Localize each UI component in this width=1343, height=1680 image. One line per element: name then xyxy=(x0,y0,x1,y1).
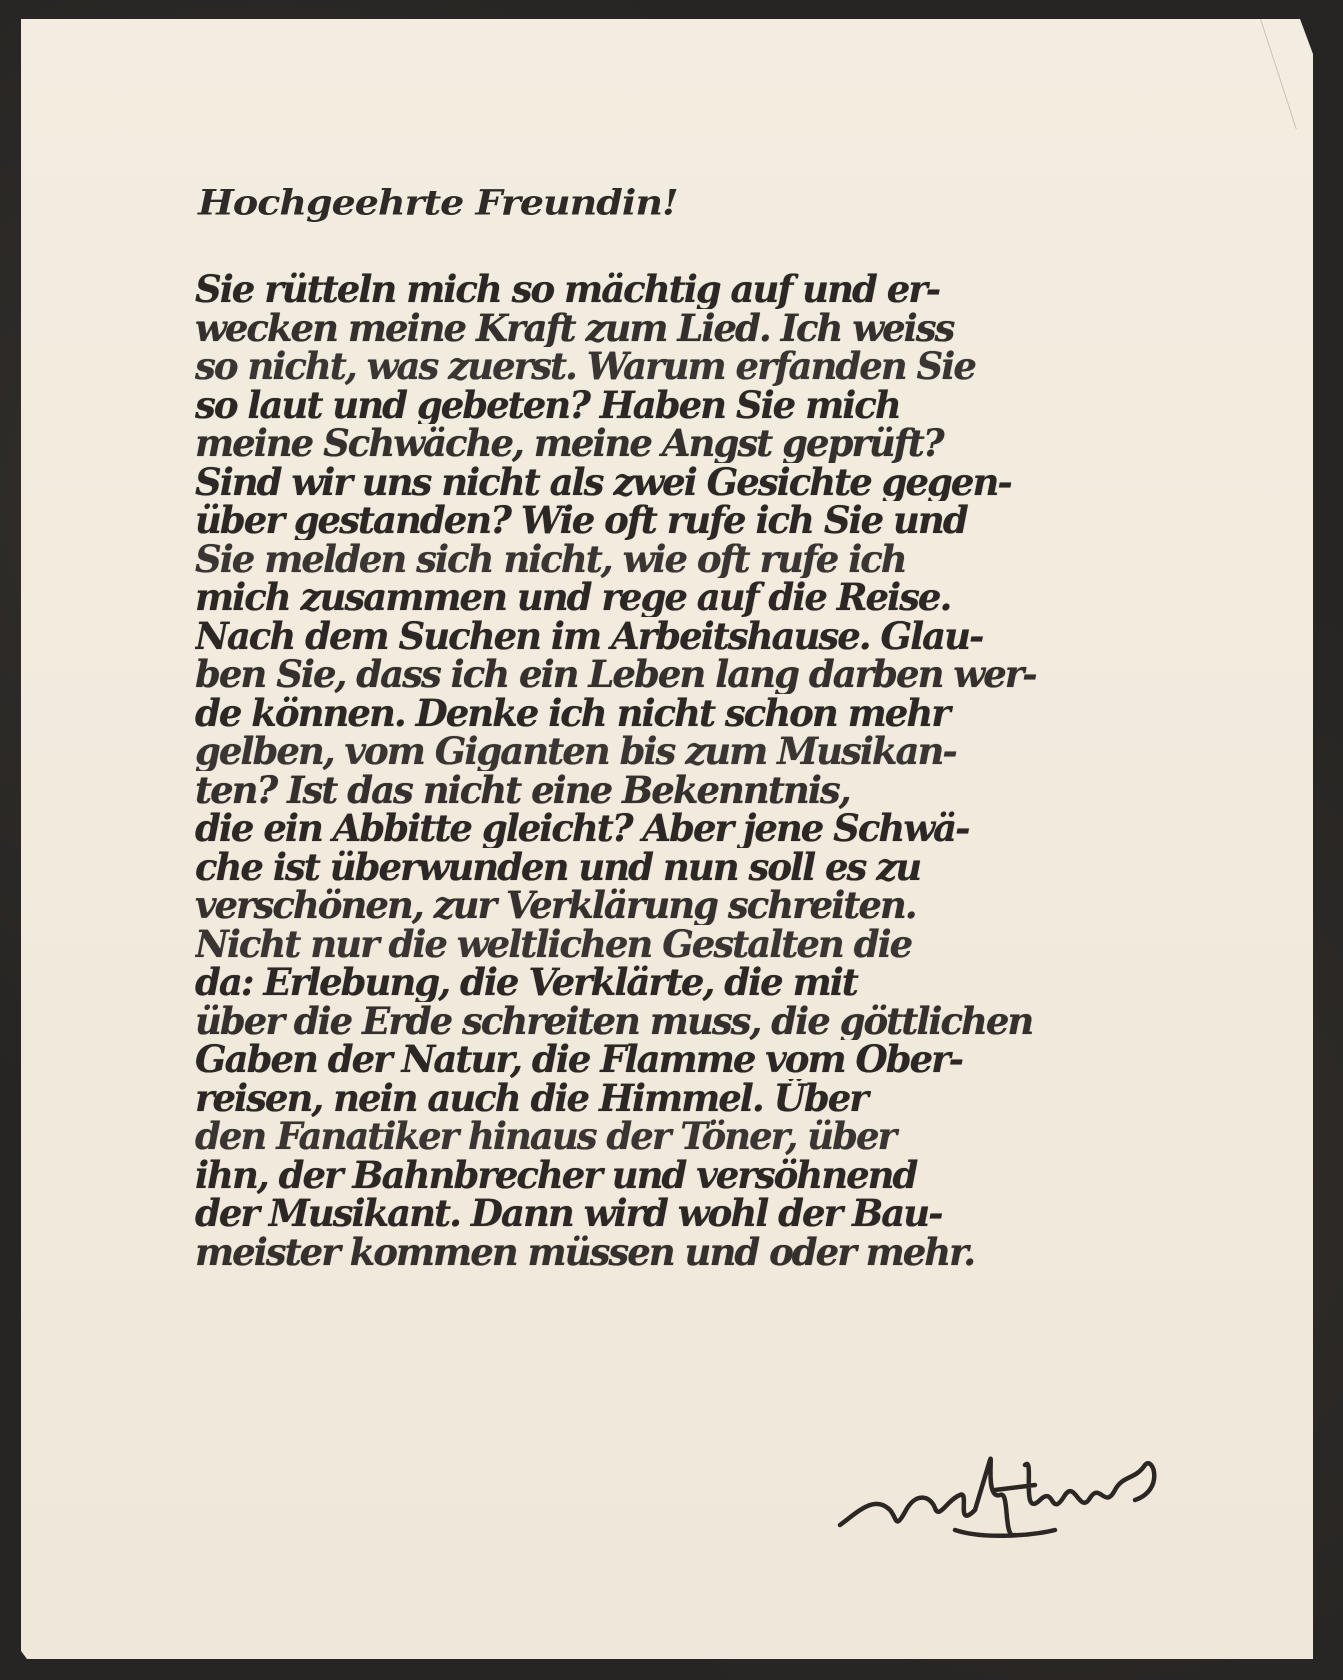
letter-line: über gestanden? Wie oft rufe ich Sie und xyxy=(195,501,1180,540)
letter-line: ben Sie, dass ich ein Leben lang darben … xyxy=(195,655,1180,694)
letter-line: verschönen, zur Verklärung schreiten. xyxy=(195,886,1180,925)
letter-line: mich zusammen und rege auf die Reise. xyxy=(195,578,1180,617)
letter-line: Nicht nur die weltlichen Gestalten die xyxy=(195,925,1180,964)
letter-line: der Musikant. Dann wird wohl der Bau- xyxy=(195,1194,1180,1233)
letter-line: gelben, vom Giganten bis zum Musikan- xyxy=(195,732,1180,771)
signature xyxy=(835,1440,1185,1550)
letter-line: Sie rütteln mich so mächtig auf und er- xyxy=(195,270,1180,309)
letter-line: Gaben der Natur, die Flamme vom Ober- xyxy=(195,1040,1180,1079)
letter-line: reisen, nein auch die Himmel. Über xyxy=(195,1079,1180,1118)
letter-line: de können. Denke ich nicht schon mehr xyxy=(195,694,1180,733)
signature-scrawl-icon xyxy=(835,1440,1185,1550)
letter-line: die ein Abbitte gleicht? Aber jene Schwä… xyxy=(195,809,1180,848)
letter-line: ten? Ist das nicht eine Bekenntnis, xyxy=(195,771,1180,810)
letter-body: Sie rütteln mich so mächtig auf und er- … xyxy=(195,270,1180,1271)
letter-line: Sind wir uns nicht als zwei Gesichte geg… xyxy=(195,463,1180,502)
letter-line: da: Erlebung, die Verklärte, die mit xyxy=(195,963,1180,1002)
letter-line: che ist überwunden und nun soll es zu xyxy=(195,848,1180,887)
letter-line: so nicht, was zuerst. Warum erfanden Sie xyxy=(195,347,1180,386)
letter-line: meine Schwäche, meine Angst geprüft? xyxy=(195,424,1180,463)
letter-salutation: Hochgeehrte Freundin! xyxy=(198,182,678,223)
letter-line: Nach dem Suchen im Arbeitshause. Glau- xyxy=(195,617,1180,656)
letter-line: ihn, der Bahnbrecher und versöhnend xyxy=(195,1156,1180,1195)
letter-line: meister kommen müssen und oder mehr. xyxy=(195,1233,1180,1272)
letter-line: wecken meine Kraft zum Lied. Ich weiss xyxy=(195,309,1180,348)
letter-line: Sie melden sich nicht, wie oft rufe ich xyxy=(195,540,1180,579)
letter-line: über die Erde schreiten muss, die göttli… xyxy=(195,1002,1180,1041)
letter-line: so laut und gebeten? Haben Sie mich xyxy=(195,386,1180,425)
letter-line: den Fanatiker hinaus der Töner, über xyxy=(195,1117,1180,1156)
